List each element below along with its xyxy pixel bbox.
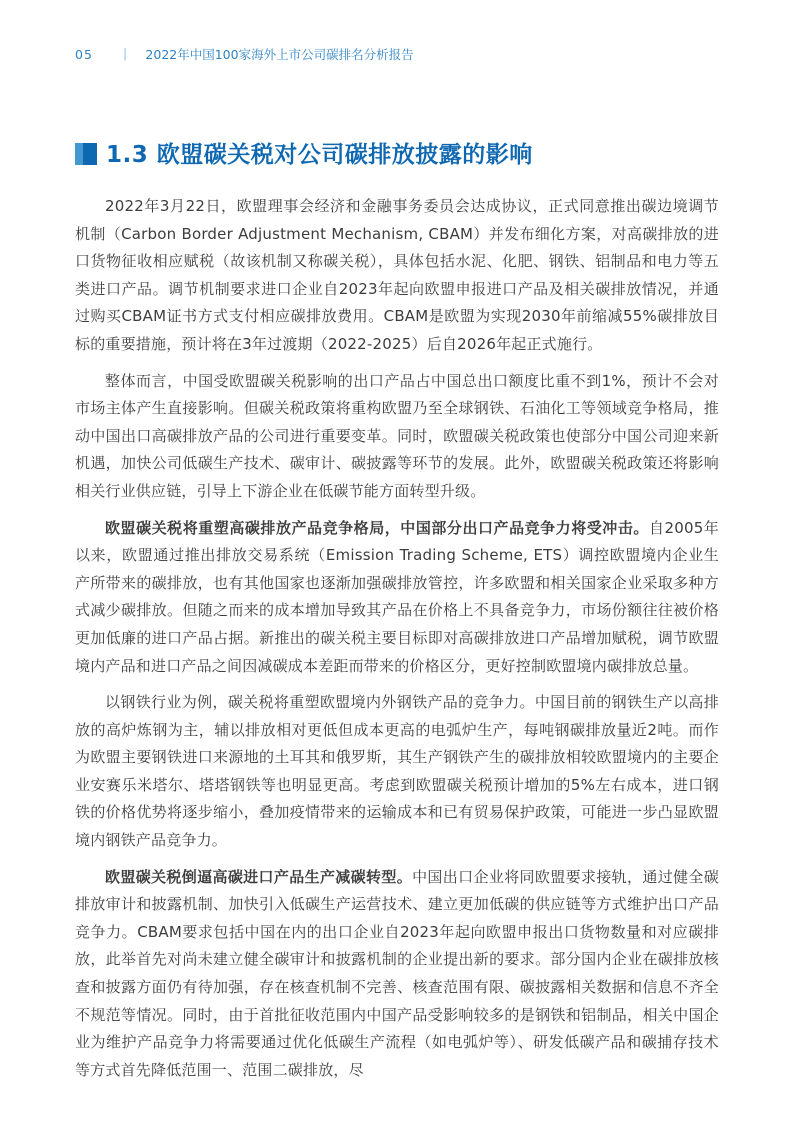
paragraph-1: 2022年3月22日，欧盟理事会经济和金融事务委员会达成协议，正式同意推出碳边境…: [75, 193, 719, 359]
paragraph-1-text: 2022年3月22日，欧盟理事会经济和金融事务委员会达成协议，正式同意推出碳边境…: [75, 197, 719, 353]
paragraph-5-lead: 欧盟碳关税倒逼高碳进口产品生产减碳转型。: [105, 868, 412, 886]
document-page: 05 丨 2022年中国100家海外上市公司碳排名分析报告 1.3 欧盟碳关税对…: [0, 0, 793, 1122]
paragraph-3-text: 自2005年以来，欧盟通过推出排放交易系统（Emission Trading S…: [75, 519, 719, 675]
paragraph-4: 以钢铁行业为例，碳关税将重塑欧盟境内外钢铁产品的竞争力。中国目前的钢铁生产以高排…: [75, 689, 719, 855]
report-title: 2022年中国100家海外上市公司碳排名分析报告: [145, 46, 413, 63]
body-content: 2022年3月22日，欧盟理事会经济和金融事务委员会达成协议，正式同意推出碳边境…: [75, 193, 719, 1084]
paragraph-3-lead: 欧盟碳关税将重塑高碳排放产品竞争格局，中国部分出口产品竞争力将受冲击。: [105, 519, 649, 537]
section-bullet-icon: [75, 143, 97, 165]
section-title-text: 1.3 欧盟碳关税对公司碳排放披露的影响: [106, 136, 533, 169]
running-header: 05 丨 2022年中国100家海外上市公司碳排名分析报告: [75, 46, 719, 63]
section-heading: 1.3 欧盟碳关税对公司碳排放披露的影响: [75, 136, 719, 169]
paragraph-2-text: 整体而言，中国受欧盟碳关税影响的出口产品占中国总出口额度比重不到1%，预计不会对…: [75, 372, 719, 500]
page-number: 05: [75, 46, 93, 63]
paragraph-4-text: 以钢铁行业为例，碳关税将重塑欧盟境内外钢铁产品的竞争力。中国目前的钢铁生产以高排…: [75, 693, 719, 849]
paragraph-3: 欧盟碳关税将重塑高碳排放产品竞争格局，中国部分出口产品竞争力将受冲击。自2005…: [75, 515, 719, 681]
paragraph-5: 欧盟碳关税倒逼高碳进口产品生产减碳转型。中国出口企业将同欧盟要求接轨，通过健全碳…: [75, 864, 719, 1085]
header-separator: 丨: [119, 45, 132, 64]
paragraph-2: 整体而言，中国受欧盟碳关税影响的出口产品占中国总出口额度比重不到1%，预计不会对…: [75, 368, 719, 506]
paragraph-5-text: 中国出口企业将同欧盟要求接轨，通过健全碳排放审计和披露机制、加快引入低碳生产运营…: [75, 868, 719, 1079]
